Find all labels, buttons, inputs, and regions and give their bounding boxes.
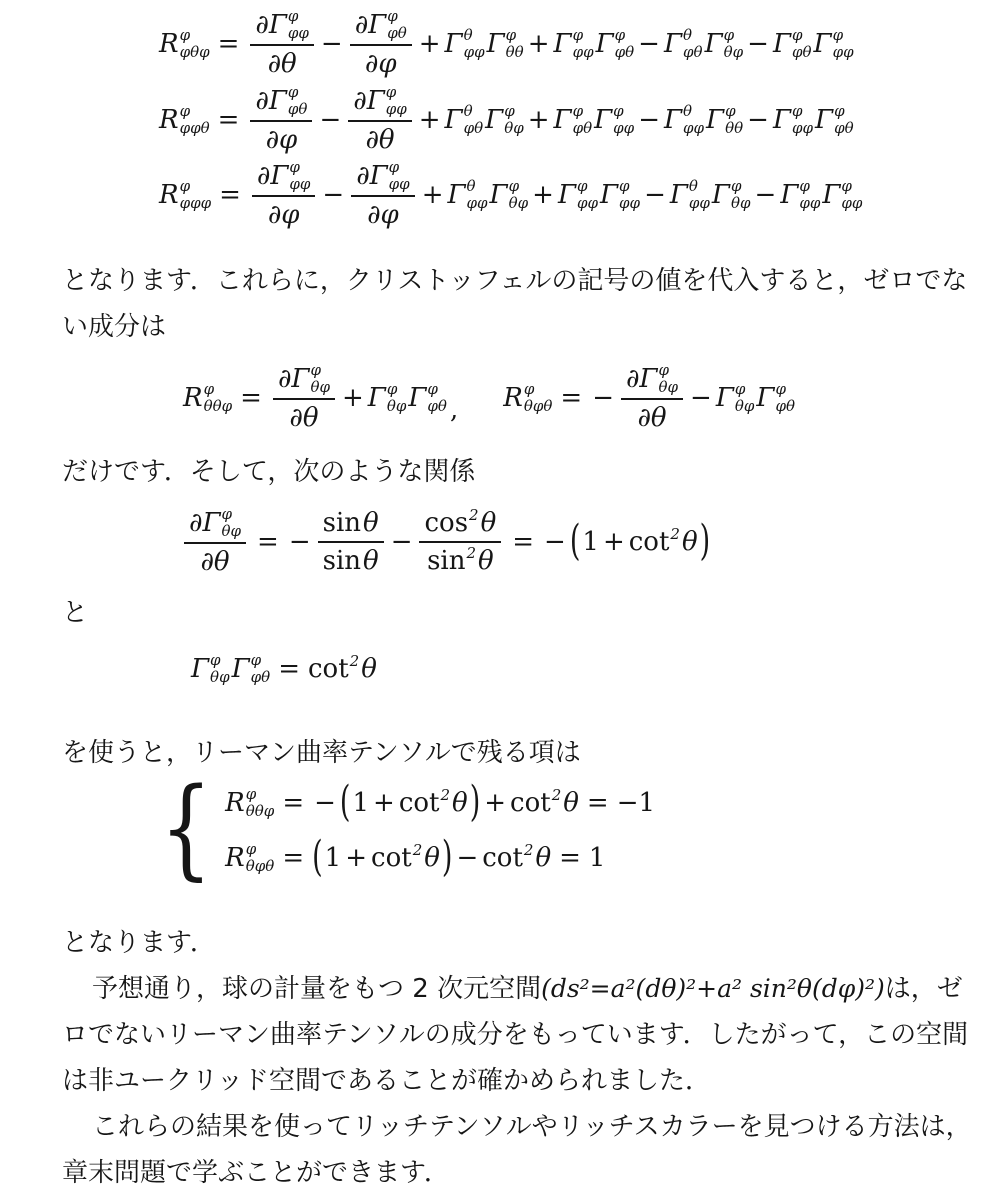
math-symbol: Γφφθ (756, 381, 795, 414)
math-text: θ (363, 546, 379, 576)
math-operator: = (218, 29, 240, 59)
math-symbol-base: Γ (822, 180, 840, 210)
math-subscript: θθ (725, 120, 743, 137)
math-superscript: φ (509, 178, 529, 195)
math-numerator: ∂Γφφθ (250, 84, 312, 122)
math-subscript: θφ (509, 195, 529, 212)
math-symbol-base: Γ (558, 180, 576, 210)
math-subscript: φφ (833, 44, 854, 61)
math-scripts: φθφ (210, 652, 230, 685)
math-symbol: Γφφφ (558, 178, 598, 211)
math-symbol: Γφφθ (232, 652, 271, 685)
math-symbol-base: Γ (780, 180, 798, 210)
math-scripts: φφφ (613, 103, 634, 136)
math-symbol: Γφφφ (814, 27, 854, 60)
math-scripts: φθθ (725, 103, 743, 136)
math-superscript: 2 (440, 786, 450, 804)
math-symbol: Γφθφ (485, 103, 524, 136)
math-superscript: φ (246, 786, 275, 803)
math-scripts: φφφ (389, 159, 410, 192)
math-symbol: ∂Γφφφ (353, 84, 407, 117)
math-symbol: ∂Γφφθ (355, 8, 407, 41)
math-symbol: Rφθφθ (225, 841, 274, 874)
math-numerator: sinθ (318, 508, 384, 543)
math-scripts: φφφ (573, 27, 594, 60)
math-fraction: ∂Γφφθ∂φ (250, 84, 312, 155)
math-symbol-base: Γ (445, 29, 463, 59)
math-symbol: Rφθθφ (183, 381, 232, 414)
equation-r-phi-phithetaphi: Rφφθφ=∂Γφφφ∂θ−∂Γφφθ∂φ+ΓθφφΓφθθ+ΓφφφΓφφθ−… (158, 8, 855, 79)
math-text: ∂φ (268, 200, 300, 230)
math-superscript: θ (689, 178, 710, 195)
math-numerator: ∂Γφφφ (252, 159, 316, 197)
math-subscript: φφφ (180, 195, 212, 212)
math-operator: = (278, 654, 300, 684)
math-symbol: Γφφφ (822, 178, 862, 211)
equation-r-phi-phiphiphi: Rφφφφ=∂Γφφφ∂φ−∂Γφφφ∂φ+ΓθφφΓφθφ+ΓφφφΓφφφ−… (158, 159, 863, 230)
math-subscript: φφ (288, 25, 309, 42)
math-subscript: φφ (289, 176, 310, 193)
math-symbol: Γφθθ (706, 103, 743, 136)
math-fraction: ∂Γφφφ∂θ (250, 8, 314, 79)
math-symbol: Γφθφ (705, 27, 744, 60)
math-denominator: ∂θ (284, 400, 323, 433)
math-text: 1 (589, 843, 606, 873)
math-symbol: Γφφφ (773, 103, 813, 136)
math-superscript: φ (387, 8, 407, 25)
math-symbol: Γφφφ (600, 178, 640, 211)
math-numerator: ∂Γφφθ (350, 8, 412, 46)
math-subscript: φφ (467, 195, 488, 212)
math-superscript: φ (204, 381, 233, 398)
math-symbol-base: Γ (706, 105, 724, 135)
math-subscript: φφ (841, 195, 862, 212)
math-superscript: φ (613, 103, 634, 120)
math-symbol: ∂Γφφφ (356, 159, 410, 192)
math-symbol: Γθφθ (664, 27, 703, 60)
math-superscript: φ (577, 178, 598, 195)
text-segment: は，ゼ (885, 974, 963, 1004)
math-operator: − (544, 527, 566, 557)
math-symbol-base: Γ (490, 180, 508, 210)
math-subscript: φθ (683, 44, 703, 61)
math-scripts: φθφ (509, 178, 529, 211)
math-fraction: ∂Γφθφ∂θ (184, 506, 246, 577)
paragraph-line: これらの結果を使ってリッチテンソルやリッチスカラーを見つける方法は， (62, 1110, 972, 1145)
math-subscript: θφ (387, 398, 407, 415)
math-text: ∂θ (200, 547, 229, 577)
math-superscript: φ (427, 381, 447, 398)
math-subscript: φφ (799, 195, 820, 212)
paragraph-line-with-inline-math: 予想通り，球の計量をもつ 2 次元空間(ds²=a²(dθ)²+a² sin²θ… (62, 972, 963, 1007)
math-scripts: φθθ (506, 27, 524, 60)
math-subscript: φφ (464, 44, 485, 61)
math-denominator: ∂φ (263, 197, 305, 230)
math-text: θ (424, 843, 440, 873)
math-scripts: φφθ (775, 381, 795, 414)
math-symbol-base: cot (308, 654, 349, 684)
math-symbol: Γφφθ (596, 27, 635, 60)
math-denominator: ∂φ (360, 46, 402, 79)
math-superscript: φ (725, 103, 743, 120)
math-symbol-base: Γ (815, 105, 833, 135)
math-symbol-base: R (159, 105, 179, 135)
math-symbol: sin2 (427, 546, 476, 576)
math-scripts: φφθ (288, 84, 308, 117)
math-symbol: ∂Γφθφ (189, 506, 241, 539)
math-superscript: 2 (350, 652, 360, 670)
equation-r-theta-phi-theta-result: Rφθφθ=(1+cot2θ)−cot2θ=1 (224, 841, 656, 874)
math-text: θ (478, 546, 494, 576)
math-superscript: φ (310, 362, 330, 379)
math-symbol: Γθφφ (670, 178, 710, 211)
math-symbol: Γφθφ (191, 652, 230, 685)
math-operator: − (755, 180, 777, 210)
math-superscript: φ (180, 103, 210, 120)
math-symbol: cot2 (482, 843, 533, 873)
math-superscript: φ (389, 159, 410, 176)
math-superscript: φ (524, 381, 553, 398)
math-symbol-base: Γ (554, 105, 572, 135)
math-scripts: φφφ (386, 84, 407, 117)
math-subscript: θφ (310, 379, 330, 396)
math-scripts: φφθ (427, 381, 447, 414)
math-symbol-base: ∂Γ (356, 161, 387, 191)
math-superscript: φ (735, 381, 755, 398)
math-scripts: φθφ (310, 362, 330, 395)
math-superscript: φ (180, 27, 210, 44)
math-symbol-base: Γ (447, 180, 465, 210)
math-symbol-base: Γ (670, 180, 688, 210)
math-symbol: Γφθθ (487, 27, 524, 60)
math-symbol: Γθφφ (445, 27, 485, 60)
math-symbol: Γφφθ (408, 381, 447, 414)
math-denominator: ∂φ (362, 197, 404, 230)
math-superscript: φ (386, 84, 407, 101)
math-symbol-base: Γ (716, 383, 734, 413)
math-text: sin (323, 508, 361, 538)
math-subscript: φθ (464, 120, 484, 137)
math-symbol-base: ∂Γ (257, 161, 288, 191)
math-symbol: Rφφφφ (159, 178, 211, 211)
math-text: 1 (352, 788, 369, 818)
math-superscript: 2 (670, 525, 680, 543)
math-operator: − (314, 788, 336, 818)
math-denominator: sin2θ (422, 543, 499, 576)
math-symbol-base: cot (482, 843, 523, 873)
math-paren: ( (570, 517, 581, 565)
math-symbol: Γφφθ (554, 103, 593, 136)
math-superscript: θ (683, 27, 703, 44)
math-text: ∂θ (268, 49, 297, 79)
math-subscript: φφ (573, 44, 594, 61)
math-subscript: φφ (389, 176, 410, 193)
math-scripts: φθφθ (246, 841, 275, 874)
math-superscript: φ (387, 381, 407, 398)
math-subscript: φθ (775, 398, 795, 415)
math-scripts: φφθ (615, 27, 635, 60)
math-operator: + (532, 180, 554, 210)
math-operator: − (638, 105, 660, 135)
system-equations-column: Rφθθφ=−(1+cot2θ)+cot2θ=−1 Rφθφθ=(1+cot2θ… (224, 786, 656, 874)
math-operator: + (603, 527, 625, 557)
math-symbol-base: Γ (485, 105, 503, 135)
math-superscript: φ (504, 103, 524, 120)
math-operator: + (528, 29, 550, 59)
math-text: θ (535, 843, 551, 873)
math-superscript: 2 (524, 841, 534, 859)
math-paren: ( (340, 778, 351, 826)
math-symbol: cot2 (629, 527, 680, 557)
math-operator: = (587, 788, 609, 818)
math-subscript: θφ (735, 398, 755, 415)
equation-r-theta-theta-phi-result: Rφθθφ=−(1+cot2θ)+cot2θ=−1 (224, 786, 656, 819)
math-subscript: θφ (221, 523, 241, 540)
math-symbol-base: Γ (756, 383, 774, 413)
math-symbol: cot2 (308, 654, 359, 684)
equation-nonzero-components: Rφθθφ=∂Γφθφ∂θ+ΓφθφΓφφθ,Rφθφθ=−∂Γφθφ∂θ−Γφ… (182, 362, 796, 433)
math-paren: ) (700, 517, 711, 565)
math-numerator: ∂Γφθφ (273, 362, 335, 400)
math-superscript: φ (221, 506, 241, 523)
paragraph-line: は非ユークリッド空間であることが確かめられました． (62, 1064, 711, 1099)
math-operator: − (690, 383, 712, 413)
math-symbol: Γφφφ (554, 27, 594, 60)
math-denominator: ∂θ (632, 400, 671, 433)
math-subscript: θφ (724, 44, 744, 61)
math-symbol: Γφθφ (712, 178, 751, 211)
math-operator: − (289, 527, 311, 557)
math-symbol: Rφφφθ (159, 103, 210, 136)
math-text: θ (563, 788, 579, 818)
math-scripts: θφφ (683, 103, 704, 136)
math-scripts: φφφ (577, 178, 598, 211)
paragraph-line: となります．これらに，クリストッフェルの記号の値を代入すると，ゼロでな (62, 264, 967, 299)
math-text: θ (452, 788, 468, 818)
math-symbol: Γφθφ (490, 178, 529, 211)
math-superscript: φ (619, 178, 640, 195)
equation-system-remaining-terms: { Rφθθφ=−(1+cot2θ)+cot2θ=−1 Rφθφθ=(1+cot… (160, 786, 656, 874)
math-operator: − (592, 383, 614, 413)
math-symbol: Γφθφ (716, 381, 755, 414)
math-subscript: θθφ (204, 398, 233, 415)
paragraph-line: い成分は (62, 310, 166, 345)
math-superscript: φ (724, 27, 744, 44)
math-numerator: cos2θ (419, 508, 501, 543)
paragraph-line: を使うと，リーマン曲率テンソルで残る項は (62, 736, 581, 771)
textbook-page: Rφφθφ=∂Γφφφ∂θ−∂Γφφθ∂φ+ΓθφφΓφθθ+ΓφφφΓφφθ−… (0, 0, 984, 1196)
inline-math: (ds²=a²(dθ)²+a² sin²θ(dφ)²) (541, 974, 885, 1003)
math-scripts: φθφ (731, 178, 751, 211)
math-text: θ (361, 654, 377, 684)
math-symbol: Γφφθ (773, 27, 812, 60)
math-scripts: φθφ (387, 381, 407, 414)
paragraph-line: 章末問題で学ぶことができます． (62, 1156, 450, 1191)
math-symbol: Γφφφ (780, 178, 820, 211)
math-symbol: Γφφθ (815, 103, 854, 136)
math-symbol: cot2 (399, 788, 450, 818)
math-scripts: φφφ (289, 159, 310, 192)
math-subscript: φθ (834, 120, 854, 137)
math-symbol-base: ∂Γ (353, 86, 384, 116)
math-fraction: ∂Γφθφ∂θ (273, 362, 335, 433)
math-scripts: φθφ (504, 103, 524, 136)
math-text: θ (363, 508, 379, 538)
math-superscript: φ (251, 652, 271, 669)
math-text: θ (481, 508, 497, 538)
math-paren: ) (442, 833, 453, 881)
math-scripts: θφθ (683, 27, 703, 60)
equation-gamma-product: ΓφθφΓφφθ=cot2θ (190, 652, 378, 685)
math-subscript: φφ (619, 195, 640, 212)
math-scripts: θφφ (464, 27, 485, 60)
math-scripts: φφφ (288, 8, 309, 41)
math-scripts: φφθ (251, 652, 271, 685)
math-text: ∂θ (637, 403, 666, 433)
math-symbol: Γφφφ (594, 103, 634, 136)
math-symbol-base: Γ (773, 105, 791, 135)
math-superscript: φ (288, 84, 308, 101)
math-operator: + (528, 105, 550, 135)
math-subscript: φφθ (180, 120, 210, 137)
math-subscript: θφ (504, 120, 524, 137)
math-scripts: φθθφ (246, 786, 275, 819)
math-denominator: ∂θ (360, 122, 399, 155)
math-numerator: ∂Γφθφ (621, 362, 683, 400)
math-symbol-base: Γ (773, 29, 791, 59)
math-superscript: φ (288, 8, 309, 25)
math-fraction: sinθsinθ (318, 508, 384, 576)
math-superscript: φ (210, 652, 230, 669)
math-symbol: ∂Γφφφ (255, 8, 309, 41)
curly-brace: { (160, 776, 212, 884)
math-superscript: φ (573, 103, 593, 120)
math-symbol-base: Γ (191, 654, 209, 684)
math-subscript: θφ (210, 669, 230, 686)
math-symbol: cot2 (371, 843, 422, 873)
math-symbol-base: R (225, 788, 245, 818)
math-subscript: θφθ (524, 398, 553, 415)
math-superscript: θ (683, 103, 704, 120)
math-symbol: Rφφθφ (159, 27, 210, 60)
math-superscript: θ (464, 27, 485, 44)
math-subscript: φθ (573, 120, 593, 137)
math-superscript: φ (289, 159, 310, 176)
math-superscript: θ (464, 103, 484, 120)
math-scripts: φθθφ (204, 381, 233, 414)
math-operator: − (456, 843, 478, 873)
text-segment: 予想通り，球の計量をもつ 2 次元空間 (92, 974, 541, 1004)
paragraph-line: となります． (62, 926, 216, 961)
math-symbol-base: Γ (664, 105, 682, 135)
math-subscript: θθφ (246, 803, 275, 820)
math-superscript: φ (775, 381, 795, 398)
math-symbol-base: R (183, 383, 203, 413)
math-numerator: ∂Γφφφ (351, 159, 415, 197)
math-scripts: φφφ (833, 27, 854, 60)
math-fraction: ∂Γφφθ∂φ (350, 8, 412, 79)
math-superscript: φ (792, 103, 813, 120)
math-symbol-base: cot (371, 843, 412, 873)
math-superscript: φ (573, 27, 594, 44)
math-superscript: 2 (552, 786, 562, 804)
math-numerator: ∂Γφθφ (184, 506, 246, 544)
math-symbol-base: R (159, 180, 179, 210)
math-operator: + (345, 843, 367, 873)
math-operator: = (218, 105, 240, 135)
math-operator: − (322, 180, 344, 210)
math-subscript: φθ (615, 44, 635, 61)
math-symbol-base: R (503, 383, 523, 413)
math-subscript: φφ (689, 195, 710, 212)
math-symbol-base: Γ (664, 29, 682, 59)
math-operator: − (747, 29, 769, 59)
math-scripts: θφθ (464, 103, 484, 136)
math-symbol: Rφθθφ (225, 786, 274, 819)
math-denominator: ∂φ (261, 122, 303, 155)
math-scripts: φθφ (735, 381, 755, 414)
math-operator: − (391, 527, 413, 557)
math-symbol-base: Γ (408, 383, 426, 413)
math-text: θ (682, 527, 698, 557)
math-symbol: Rφθφθ (503, 381, 552, 414)
math-text: ∂θ (289, 403, 318, 433)
math-operator: = (219, 180, 241, 210)
math-text: ∂θ (365, 125, 394, 155)
math-scripts: φφφ (841, 178, 862, 211)
math-subscript: θθ (506, 44, 524, 61)
math-subscript: φθφ (180, 44, 210, 61)
math-symbol: Γθφθ (445, 103, 484, 136)
math-subscript: θφθ (246, 858, 275, 875)
math-subscript: φφ (577, 195, 598, 212)
math-operator: − (321, 29, 343, 59)
math-subscript: θφ (731, 195, 751, 212)
math-operator: = (282, 788, 304, 818)
math-fraction: cos2θsin2θ (419, 508, 501, 576)
math-subscript: φθ (792, 44, 812, 61)
math-text: sin (323, 546, 361, 576)
math-subscript: φθ (251, 669, 271, 686)
math-subscript: φφ (613, 120, 634, 137)
math-operator: = (560, 383, 582, 413)
math-operator: = (282, 843, 304, 873)
math-symbol-base: cot (629, 527, 670, 557)
math-text: −1 (617, 788, 655, 818)
math-paren: ( (312, 833, 323, 881)
math-scripts: φφφ (792, 103, 813, 136)
math-superscript: φ (792, 27, 812, 44)
math-symbol-base: Γ (487, 29, 505, 59)
math-operator: + (484, 788, 506, 818)
math-paren: ) (470, 778, 481, 826)
math-scripts: φφφ (619, 178, 640, 211)
math-scripts: φφθ (573, 103, 593, 136)
paragraph-line: だけです．そして，次のような関係 (62, 455, 475, 490)
math-operator: = (240, 383, 262, 413)
math-fraction: ∂Γφφφ∂φ (351, 159, 415, 230)
math-symbol-base: Γ (814, 29, 832, 59)
math-superscript: φ (841, 178, 862, 195)
math-symbol: ∂Γφθφ (626, 362, 678, 395)
math-subscript: φθ (427, 398, 447, 415)
math-operator: − (319, 105, 341, 135)
math-text: ∂φ (365, 49, 397, 79)
math-fraction: ∂Γφθφ∂θ (621, 362, 683, 433)
math-subscript: φθ (288, 101, 308, 118)
math-symbol: Γφθφ (368, 381, 407, 414)
math-operator: + (373, 788, 395, 818)
